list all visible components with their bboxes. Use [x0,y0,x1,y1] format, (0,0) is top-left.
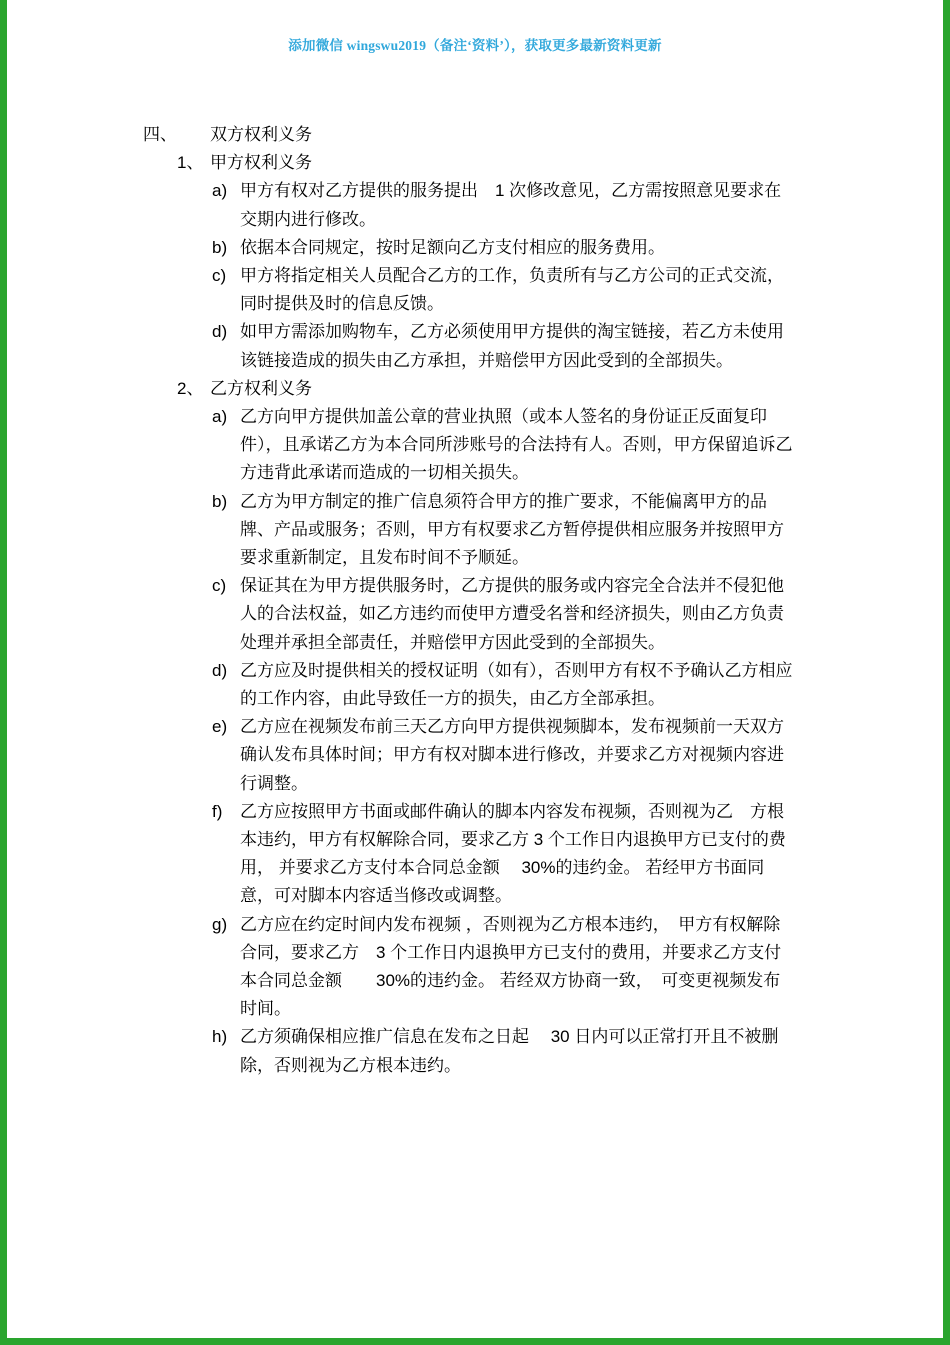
section-marker: 四、 [143,121,177,149]
subsection-heading-1: 1、甲方权利义务 [0,149,950,177]
list-item-marker: g) [212,911,227,939]
text-line: 乙方为甲方制定的推广信息须符合甲方的推广要求，不能偏离甲方 [240,492,733,511]
subsection-marker: 2、 [177,375,203,403]
text-line: 乙方向甲方提供加盖公章的营业执照（或本人签名的身份证正反面 [240,407,733,426]
subsection-title: 乙方权利义务 [210,375,312,403]
list-item-text: 保证其在为甲方提供服务时，乙方提供的服务或内容完全合法并不侵犯他人的合法权益，如… [240,572,793,657]
list-item-marker: b) [212,234,227,262]
section-heading: 四、 双方权利义务 [0,121,950,149]
text-line: 甲方有权对乙方提供的服务提出 1 次修改意见，乙方需按照意见要 [240,181,747,200]
text-line: 依据本合同规定，按时足额向乙方支付相应的服务费用。 [240,238,665,257]
list-item-e: e)乙方应在视频发布前三天乙方向甲方提供视频脚本，发布视频前一天双方确认发布具体… [0,713,950,798]
text-line: 乙方须确保相应推广信息在发布之日起 30 日内可以正常打开且不被 [240,1027,761,1046]
list-item-text: 乙方应及时提供相关的授权证明（如有），否则甲方有权不予确认乙方相应的工作内容，由… [240,657,793,713]
list-item-marker: h) [212,1023,227,1051]
list-item-marker: b) [212,488,227,516]
list-item-h: h)乙方须确保相应推广信息在发布之日起 30 日内可以正常打开且不被删除，否则视… [0,1023,950,1079]
list-item-b: b)依据本合同规定，按时足额向乙方支付相应的服务费用。 [0,234,950,262]
text-line: 如甲方需添加购物车，乙方必须使用甲方提供的淘宝链接，若乙方 [240,322,733,341]
list-item-marker: c) [212,262,226,290]
subsection-title: 甲方权利义务 [210,149,312,177]
list-item-text: 依据本合同规定，按时足额向乙方支付相应的服务费用。 [240,234,793,262]
text-line: 乙方应在视频发布前三天乙方向甲方提供视频脚本，发布视频前一 [240,717,733,736]
list-item-marker: d) [212,657,227,685]
list-item-a: a)乙方向甲方提供加盖公章的营业执照（或本人签名的身份证正反面复印件），且承诺乙… [0,403,950,488]
list-item-text: 乙方向甲方提供加盖公章的营业执照（或本人签名的身份证正反面复印件），且承诺乙方为… [240,403,793,488]
text-line: 失。 [631,633,665,652]
section-title: 双方权利义务 [210,121,312,149]
list-item-text: 如甲方需添加购物车，乙方必须使用甲方提供的淘宝链接，若乙方未使用该链接造成的损失… [240,318,793,374]
list-item-text: 甲方有权对乙方提供的服务提出 1 次修改意见，乙方需按照意见要求在交期内进行修改… [240,177,793,233]
list-item-c: c)甲方将指定相关人员配合乙方的工作，负责所有与乙方公司的正式交流，同时提供及时… [0,262,950,318]
list-item-marker: a) [212,403,227,431]
text-line: 保证其在为甲方提供服务时，乙方提供的服务或内容完全合法并不 [240,576,733,595]
list-item-marker: d) [212,318,227,346]
watermark-text: 添加微信 wingswu2019（备注‘资料’），获取更多最新资料更新 [0,34,950,54]
list-item-text: 甲方将指定相关人员配合乙方的工作，负责所有与乙方公司的正式交流，同时提供及时的信… [240,262,793,318]
viewer-background-bottom [0,1338,950,1345]
text-line: 乙方应及时提供相关的授权证明（如有），否则甲方有权不予确认 [240,661,725,680]
list-item-marker: e) [212,713,227,741]
text-line: 甲方将指定相关人员配合乙方的工作，负责所有与乙方公司的正式 [240,266,733,285]
list-item-text: 乙方为甲方制定的推广信息须符合甲方的推广要求，不能偏离甲方的品牌、产品或服务；否… [240,488,793,573]
list-item-marker: c) [212,572,226,600]
subsection-marker: 1、 [177,149,203,177]
list-item-text: 乙方应按照甲方书面或邮件确认的脚本内容发布视频，否则视为乙 方根本违约，甲方有权… [240,798,793,911]
list-item-b: b)乙方为甲方制定的推广信息须符合甲方的推广要求，不能偏离甲方的品牌、产品或服务… [0,488,950,573]
list-item-d: d)如甲方需添加购物车，乙方必须使用甲方提供的淘宝链接，若乙方未使用该链接造成的… [0,318,950,374]
list-item-c: c)保证其在为甲方提供服务时，乙方提供的服务或内容完全合法并不侵犯他人的合法权益… [0,572,950,657]
list-item-text: 乙方应在约定时间内发布视频 ，否则视为乙方根本违约， 甲方有权解除合同，要求乙方… [240,911,793,1024]
list-item-text: 乙方应在视频发布前三天乙方向甲方提供视频脚本，发布视频前一天双方确认发布具体时间… [240,713,793,798]
list-item-marker: a) [212,177,227,205]
list-item-d: d)乙方应及时提供相关的授权证明（如有），否则甲方有权不予确认乙方相应的工作内容… [0,657,950,713]
list-item-f: f)乙方应按照甲方书面或邮件确认的脚本内容发布视频，否则视为乙 方根本违约，甲方… [0,798,950,911]
list-item-g: g)乙方应在约定时间内发布视频 ，否则视为乙方根本违约， 甲方有权解除合同，要求… [0,911,950,1024]
text-line: 乙方应按照甲方书面或邮件确认的脚本内容发布视频，否则视为乙 方 [240,802,767,821]
document-body: 1、甲方权利义务a)甲方有权对乙方提供的服务提出 1 次修改意见，乙方需按照意见… [0,149,950,1080]
list-item-text: 乙方须确保相应推广信息在发布之日起 30 日内可以正常打开且不被删除，否则视为乙… [240,1023,793,1079]
text-line: 损失。 [682,351,733,370]
document-page: 四、 双方权利义务 1、甲方权利义务a)甲方有权对乙方提供的服务提出 1 次修改… [0,121,950,1080]
subsection-heading-2: 2、乙方权利义务 [0,375,950,403]
list-item-marker: f) [212,798,222,826]
list-item-a: a)甲方有权对乙方提供的服务提出 1 次修改意见，乙方需按照意见要求在交期内进行… [0,177,950,233]
text-line: 乙方应在约定时间内发布视频 ，否则视为乙方根本违约， 甲方有权解 [240,915,763,934]
